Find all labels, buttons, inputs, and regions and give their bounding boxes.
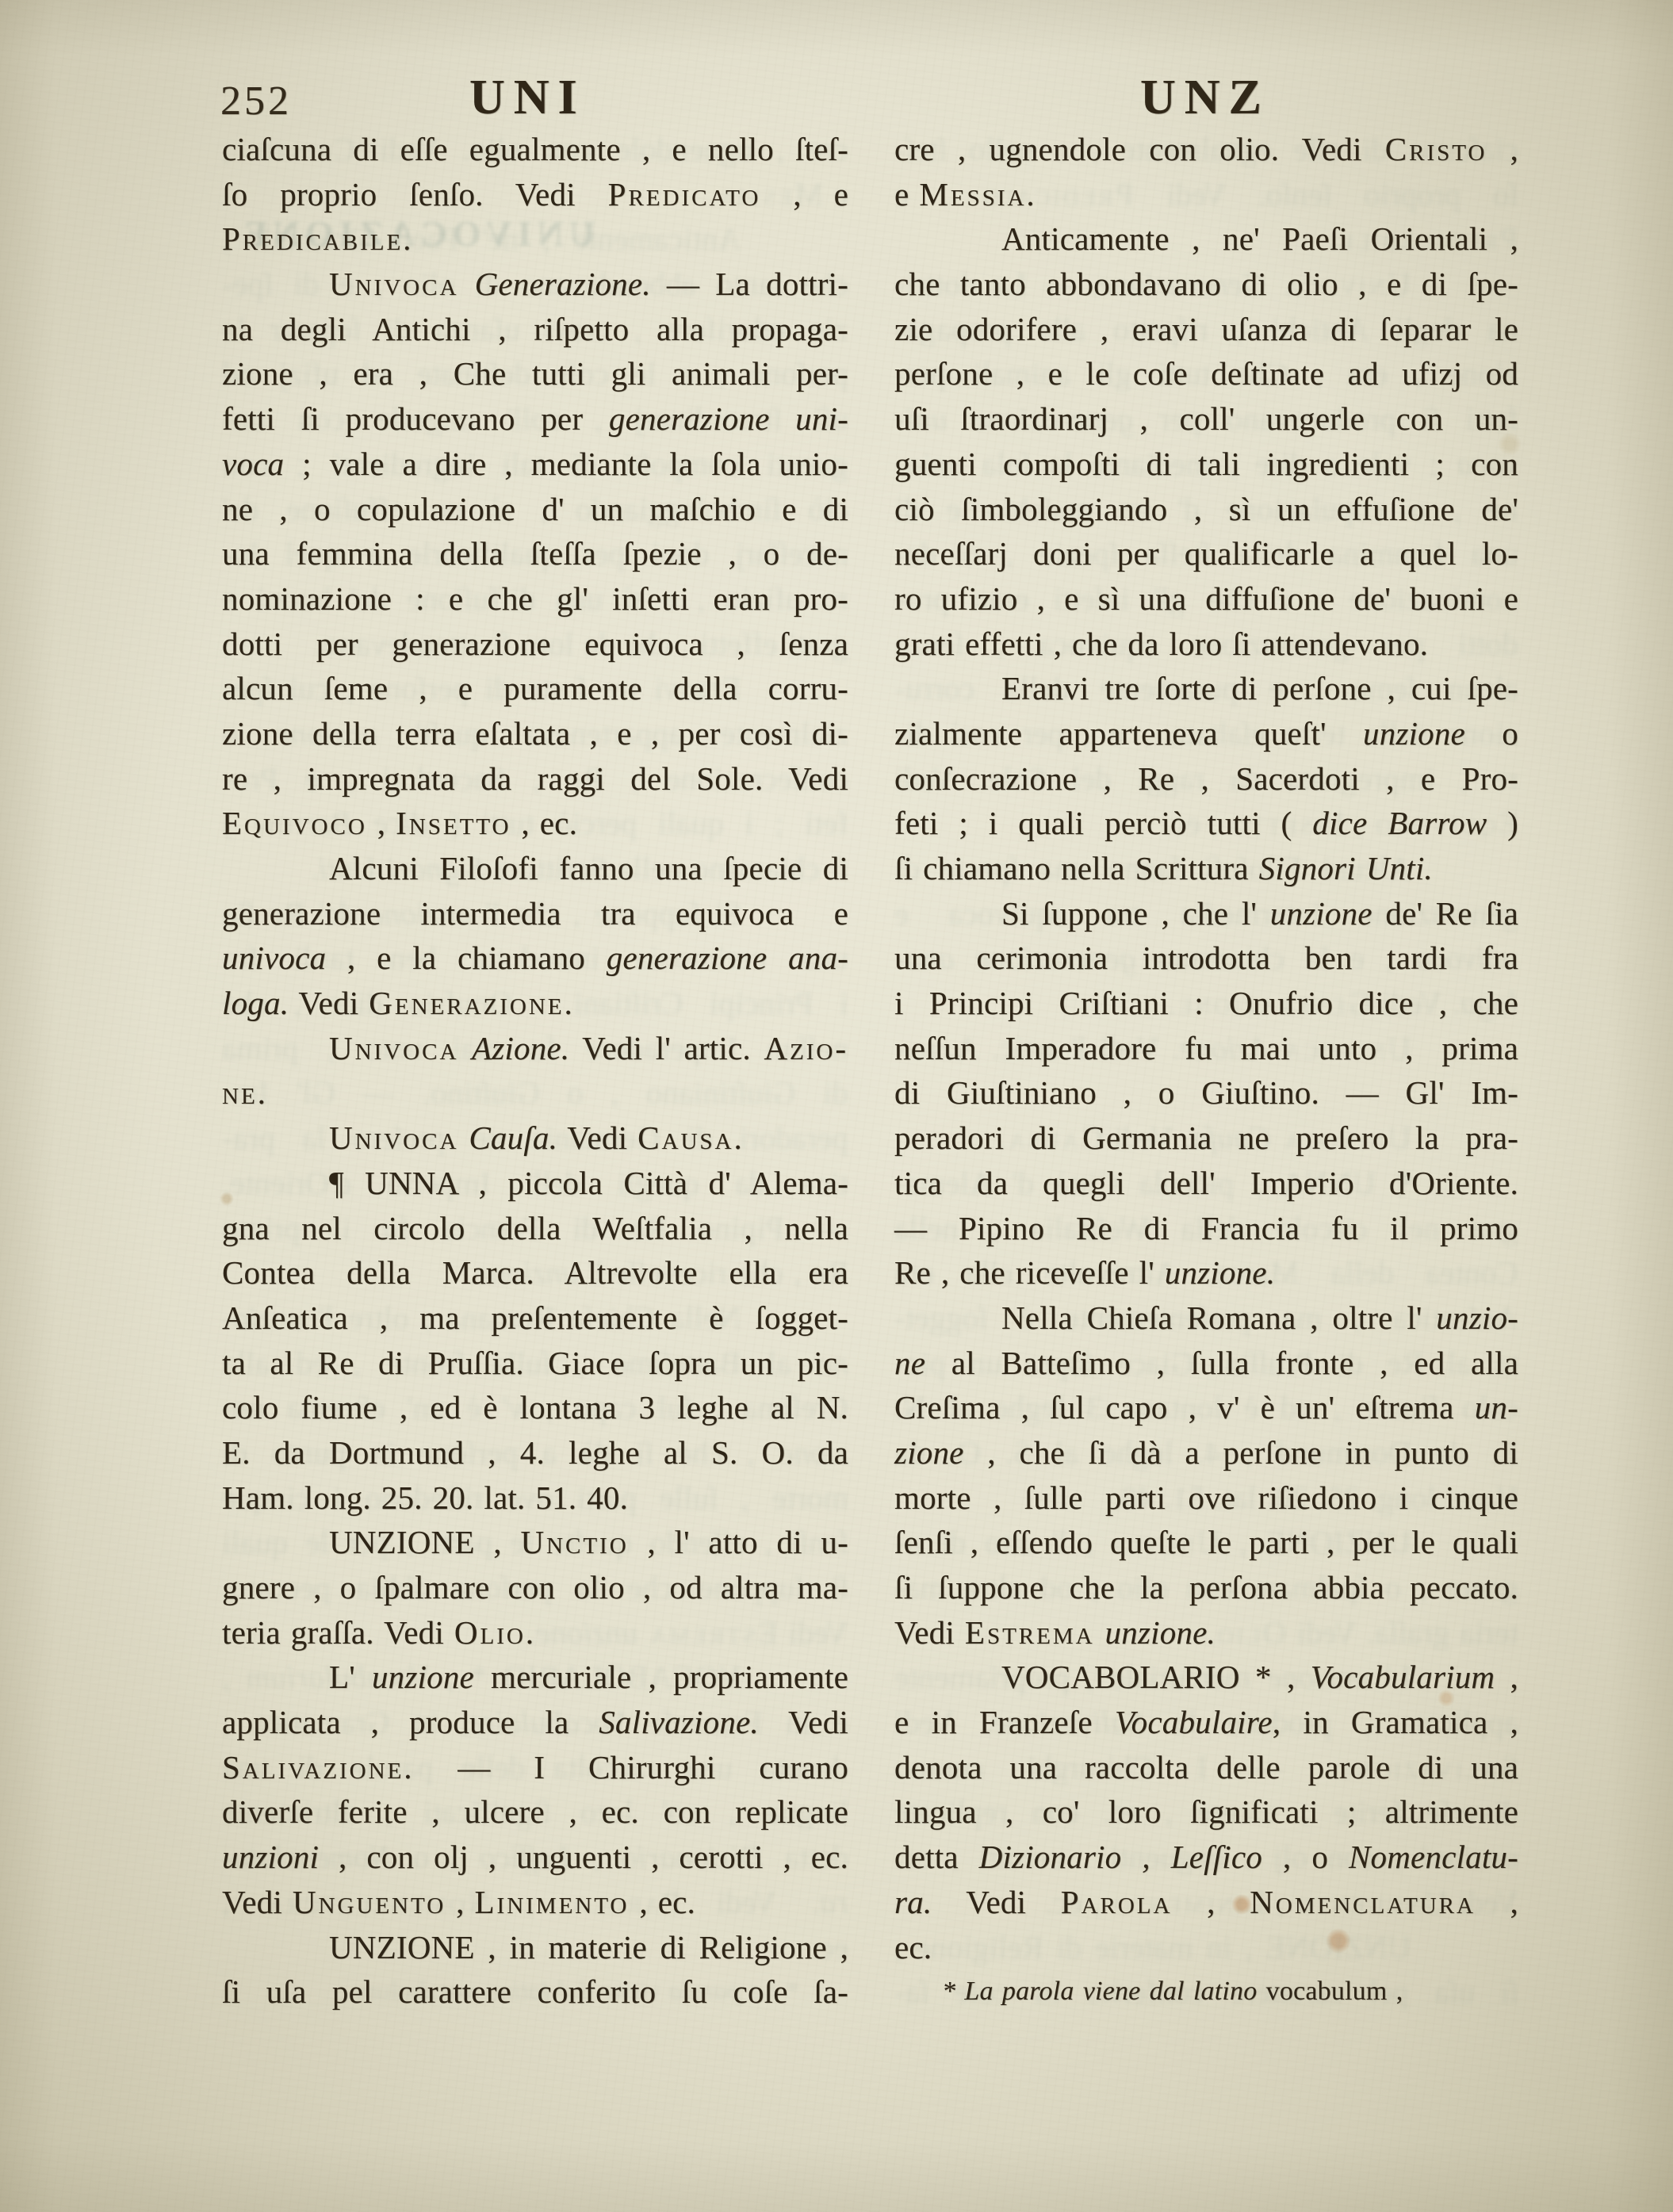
text-segment: e [894,176,919,212]
left-text-column: ciaſcuna di eſſe egualmente , e nello ſt… [222,127,848,2015]
text-line: lingua , co' loro ſignificati ; altrimen… [894,1789,1518,1835]
text-line: Salivazione. — I Chirurghi curano [222,1745,848,1790]
text-line: univoca , e la chiamano generazione ana- [222,936,848,981]
text-segment: zione , era , Che tutti gli animali per- [222,355,848,392]
text-line: na degli Antichi , riſpetto alla propaga… [222,307,848,352]
smallcaps-text-segment: Causa. [637,1119,745,1156]
text-line: morte , ſulle parti ove riſiedono i cinq… [894,1475,1518,1521]
text-segment: UNZIONE , [329,1524,520,1560]
text-segment: Re , che riceveſſe l' [894,1254,1165,1291]
text-segment: , [1495,1659,1518,1695]
text-line: VOCABOLARIO * , Vocabularium , [894,1655,1518,1700]
text-segment: neſſun Imperadore fu mai unto , prima [894,1030,1518,1066]
text-line: e in Franzeſe Vocabulaire, in Gramatica … [894,1700,1518,1745]
text-segment: cre , ugnendole con olio. Vedi [894,131,1385,167]
text-segment: Vedi [894,1614,965,1651]
italic-text-segment: Cauſa. [469,1119,557,1156]
text-line: ne. [222,1070,848,1116]
smallcaps-text-segment: Linimento [475,1884,630,1920]
text-line: ro ufizio , e sì una diffuſione de' buon… [894,576,1518,622]
italic-text-segment: unzione. [1165,1254,1275,1291]
text-segment: vocabulum , [1266,1977,1403,2006]
smallcaps-text-segment: ne. [222,1074,268,1111]
text-segment: ciaſcuna di eſſe egualmente , e nello ſt… [222,131,848,167]
italic-text-segment: Vocabulaire [1115,1704,1273,1740]
text-segment: , e [760,176,848,212]
text-segment: , ec. [629,1884,695,1920]
text-segment: VOCABOLARIO * , [1001,1659,1311,1695]
text-line: applicata , produce la Salivazione. Vedi [222,1700,848,1745]
italic-text-segment: * La parola viene dal latino [942,1977,1266,2006]
text-segment: che tanto abbondavano di olio , e di ſpe… [894,266,1518,302]
text-segment: zialmente apparteneva queſt' [894,715,1363,752]
text-segment: zione della terra eſaltata , e , per cos… [222,715,848,752]
text-line: gnere , o ſpalmare con olio , od altra m… [222,1565,848,1610]
text-segment: Eranvi tre ſorte di perſone , cui ſpe- [1001,670,1518,706]
text-segment: colo fiume , ed è lontana 3 leghe al N. [222,1389,848,1426]
italic-text-segment: unzione. [1105,1614,1216,1651]
text-segment: na degli Antichi , riſpetto alla propaga… [222,311,848,347]
text-line: ec. [894,1925,1518,1970]
text-line: ſo proprio ſenſo. Vedi Predicato , e [222,172,848,217]
text-segment: uſi ſtraordinarj , coll' ungerle con un- [894,400,1518,437]
text-line: zie odorifere , eravi uſanza di ſeparar … [894,307,1518,352]
text-line: ſi ſuppone che la perſona abbia peccato. [894,1565,1518,1610]
text-segment: ta al Re di Pruſſia. Giace ſopra un pic- [222,1345,848,1381]
text-segment: alcun ſeme , e puramente della corru- [222,670,848,706]
text-line: tica da quegli dell' Imperio d'Oriente. [894,1161,1518,1206]
text-line: teria graſſa. Vedi Olio. [222,1610,848,1655]
text-segment: ro ufizio , e sì una diffuſione de' buon… [894,580,1518,617]
text-segment: ¶ UNNA , piccola Città d' Alema- [329,1165,848,1201]
text-segment: e in Franzeſe [894,1704,1115,1740]
smallcaps-text-segment: Unctio [520,1524,628,1560]
text-line: neſſun Imperadore fu mai unto , prima [894,1026,1518,1071]
text-segment: mercuriale , propriamente [474,1659,848,1695]
text-segment [458,1030,472,1066]
smallcaps-text-segment: Parola [1061,1884,1173,1920]
text-line: uſi ſtraordinarj , coll' ungerle con un- [894,396,1518,442]
running-head-right: UNZ [1140,70,1270,126]
text-line: nominazione : e che gl' inſetti eran pro… [222,576,848,622]
text-segment: , [1476,1884,1518,1920]
text-segment: , ec. [511,805,577,841]
text-segment: una femmina della ſteſſa ſpezie , o de- [222,535,848,572]
text-segment: peradori di Germania ne preſero la pra- [894,1119,1518,1156]
text-line: peradori di Germania ne preſero la pra- [894,1116,1518,1161]
text-line: diverſe ferite , ulcere , ec. con replic… [222,1789,848,1835]
text-segment: una cerimonia introdotta ben tardi fra [894,940,1518,976]
text-line: zione , che ſi dà a perſone in punto di [894,1430,1518,1475]
text-line: ne al Batteſimo , ſulla fronte , ed alla [894,1341,1518,1386]
text-segment: fetti ſi producevano per [222,400,609,437]
text-line: voca ; vale a dire , mediante la ſola un… [222,442,848,487]
italic-text-segment: unzioni [222,1839,319,1875]
italic-text-segment: loga. [222,985,289,1021]
text-segment [1095,1614,1105,1651]
text-segment: i Principi Criſtiani : Onufrio dice , ch… [894,985,1518,1021]
text-line: conſecrazione , Re , Sacerdoti , e Pro- [894,756,1518,802]
italic-text-segment: Dizionario , Leſſico [979,1839,1262,1875]
text-segment: ) [1487,805,1518,841]
text-line: E. da Dortmund , 4. leghe al S. O. da [222,1430,848,1475]
italic-text-segment: univoca [222,940,326,976]
text-line: Univoca Generazione. — La dottri- [222,262,848,307]
text-segment: perſone , e le coſe deſtinate ad ufizj o… [894,355,1518,392]
italic-text-segment: generazione ana- [607,940,848,976]
text-segment: Alcuni Filoſofi fanno una ſpecie di [329,850,848,886]
text-segment: generazione intermedia tra equivoca e [222,895,848,932]
text-segment: conſecrazione , Re , Sacerdoti , e Pro- [894,760,1518,797]
smallcaps-text-segment: Predicabile. [222,220,413,257]
italic-text-segment: dice Barrow [1312,805,1487,841]
italic-text-segment: Signori Unti. [1259,850,1433,886]
text-segment: Nella Chieſa Romana , oltre l' [1001,1299,1436,1336]
text-segment: Vedi l' artic. [569,1030,764,1066]
text-line: cre , ugnendole con olio. Vedi Cristo , [894,127,1518,172]
text-segment: feti ; i quali perciò tutti ( [894,805,1312,841]
text-segment: ſo proprio ſenſo. Vedi [222,176,608,212]
text-segment: UNZIONE , in materie di Religione , [329,1929,848,1965]
text-segment: re , impregnata da raggi del Sole. Vedi [222,760,848,797]
text-segment: grati effetti , che da loro ſi attendeva… [894,626,1428,662]
smallcaps-text-segment: Azio- [764,1030,848,1066]
text-segment: — Pipino Re di Francia fu il primo [894,1210,1518,1246]
italic-text-segment: unzio- [1436,1299,1518,1336]
text-line: ra. Vedi Parola , Nomenclatura , [894,1880,1518,1925]
text-line: Creſima , ſul capo , v' è un' eſtrema un… [894,1385,1518,1430]
text-line: re , impregnata da raggi del Sole. Vedi [222,756,848,802]
text-segment: applicata , produce la [222,1704,599,1740]
text-segment: neceſſarj doni per qualificarle a quel l… [894,535,1518,572]
text-segment: ſi uſa pel carattere conferito ſu coſe ſ… [222,1973,848,2010]
italic-text-segment: ra. [894,1884,932,1920]
text-line: ciaſcuna di eſſe egualmente , e nello ſt… [222,127,848,172]
text-segment: , [1172,1884,1250,1920]
text-line: Vedi Unguento , Linimento , ec. [222,1880,848,1925]
text-line: zione della terra eſaltata , e , per cos… [222,711,848,756]
italic-text-segment: unzione [372,1659,474,1695]
text-segment: al Batteſimo , ſulla fronte , ed alla [925,1345,1518,1381]
text-line: unzioni , con olj , unguenti , cerotti ,… [222,1835,848,1880]
italic-text-segment: Vocabularium [1311,1659,1495,1695]
page-number: 252 [220,78,292,124]
text-line: Alcuni Filoſofi fanno una ſpecie di [222,846,848,891]
text-line: Si ſuppone , che l' unzione de' Re ſia [894,891,1518,936]
text-segment: , [1487,131,1518,167]
smallcaps-text-segment: Generazione. [369,985,575,1021]
text-line: guenti compoſti di tali ingredienti ; co… [894,442,1518,487]
text-segment [458,1119,469,1156]
text-segment: morte , ſulle parti ove riſiedono i cinq… [894,1479,1518,1516]
text-line: grati effetti , che da loro ſi attendeva… [894,622,1518,667]
smallcaps-text-segment: Unguento [293,1884,446,1920]
text-line: ſi chiamano nella Scrittura Signori Unti… [894,846,1518,891]
text-line: loga. Vedi Generazione. [222,981,848,1026]
text-line: ta al Re di Pruſſia. Giace ſopra un pic- [222,1341,848,1386]
footnote-line: * La parola viene dal latino vocabulum , [894,1969,1518,2015]
smallcaps-text-segment: Predicato [608,176,761,212]
smallcaps-text-segment: Univoca [329,1119,458,1156]
text-segment: , o [1262,1839,1349,1875]
text-segment: ſi chiamano nella Scrittura [894,850,1259,886]
italic-text-segment: Generazione. [475,266,651,302]
text-segment: Vedi [222,1884,293,1920]
text-line: zione , era , Che tutti gli animali per- [222,351,848,396]
text-line: — Pipino Re di Francia fu il primo [894,1206,1518,1251]
text-line: Vedi Estrema unzione. [894,1610,1518,1655]
text-segment: , in Gramatica , [1273,1704,1518,1740]
text-segment: Contea della Marca. Altrevolte ella era [222,1254,848,1291]
text-line: Eranvi tre ſorte di perſone , cui ſpe- [894,666,1518,711]
text-line: denota una raccolta delle parole di una [894,1745,1518,1790]
text-line: di Giuſtiniano , o Giuſtino. — Gl' Im- [894,1070,1518,1116]
smallcaps-text-segment: Nomenclatura [1250,1884,1476,1920]
text-segment: lingua , co' loro ſignificati ; altrimen… [894,1793,1518,1830]
text-segment: nominazione : e che gl' inſetti eran pro… [222,580,848,617]
text-segment: Vedi [759,1704,848,1740]
text-segment: Anſeatica , ma preſentemente è ſogget- [222,1299,848,1336]
text-segment: Si ſuppone , che l' [1001,895,1270,932]
text-line: ciò ſimboleggiando , sì un effuſione de' [894,487,1518,532]
text-line: Re , che riceveſſe l' unzione. [894,1250,1518,1295]
text-segment: , l' atto di u- [629,1524,848,1560]
italic-text-segment: Azione. [472,1030,569,1066]
text-line: fetti ſi producevano per generazione uni… [222,396,848,442]
text-line: Predicabile. [222,216,848,262]
italic-text-segment: voca [222,446,284,482]
text-line: neceſſarj doni per qualificarle a quel l… [894,531,1518,576]
text-segment: , [367,805,396,841]
text-line: gna nel circolo della Weſtfalia , nella [222,1206,848,1251]
text-line: feti ; i quali perciò tutti ( dice Barro… [894,801,1518,846]
text-line: Contea della Marca. Altrevolte ella era [222,1250,848,1295]
text-line: una femmina della ſteſſa ſpezie , o de- [222,531,848,576]
text-line: ſenſi , eſſendo queſte le parti , per le… [894,1520,1518,1565]
smallcaps-text-segment: Insetto [396,805,511,841]
text-line: alcun ſeme , e puramente della corru- [222,666,848,711]
text-line: dotti per generazione equivoca , ſenza [222,622,848,667]
smallcaps-text-segment: Estrema [965,1614,1095,1651]
text-segment: tica da quegli dell' Imperio d'Oriente. [894,1165,1518,1201]
text-line: generazione intermedia tra equivoca e [222,891,848,936]
smallcaps-text-segment: Messia. [919,176,1036,212]
text-segment: diverſe ferite , ulcere , ec. con replic… [222,1793,848,1830]
text-line: ſi uſa pel carattere conferito ſu coſe ſ… [222,1969,848,2015]
text-segment: Vedi [557,1119,637,1156]
text-segment: , con olj , unguenti , cerotti , ec. [319,1839,848,1875]
text-line: colo fiume , ed è lontana 3 leghe al N. [222,1385,848,1430]
text-line: ne , o copulazione d' un maſchio e di [222,487,848,532]
text-segment: Anticamente , ne' Paeſi Orientali , [1001,220,1518,257]
text-line: Ham. long. 25. 20. lat. 51. 40. [222,1475,848,1521]
text-line: che tanto abbondavano di olio , e di ſpe… [894,262,1518,307]
smallcaps-text-segment: Salivazione. [222,1749,415,1785]
text-segment: Vedi [932,1884,1060,1920]
text-segment: ciò ſimboleggiando , sì un effuſione de' [894,491,1518,527]
text-line: Nella Chieſa Romana , oltre l' unzio- [894,1295,1518,1341]
text-segment: , [446,1884,474,1920]
text-line: Univoca Azione. Vedi l' artic. Azio- [222,1026,848,1071]
italic-text-segment: ne [894,1345,925,1381]
text-segment: — I Chirurghi curano [415,1749,849,1785]
text-segment: ne , o copulazione d' un maſchio e di [222,491,848,527]
text-line: zialmente apparteneva queſt' unzione o [894,711,1518,756]
text-segment: Creſima , ſul capo , v' è un' eſtrema [894,1389,1475,1426]
text-segment: Ham. long. 25. 20. lat. 51. 40. [222,1479,628,1516]
smallcaps-text-segment: Cristo [1385,131,1487,167]
text-line: e Messia. [894,172,1518,217]
text-segment: de' Re ſia [1372,895,1518,932]
smallcaps-text-segment: Univoca [329,1030,458,1066]
text-line: Equivoco , Insetto , ec. [222,801,848,846]
right-text-column: cre , ugnendole con olio. Vedi Cristo ,e… [894,127,1518,2015]
text-line: UNZIONE , in materie di Religione , [222,1925,848,1970]
text-segment: Vedi [289,985,369,1021]
italic-text-segment: Nomenclatu- [1349,1839,1518,1875]
text-line: una cerimonia introdotta ben tardi fra [894,936,1518,981]
italic-text-segment: un- [1475,1389,1518,1426]
text-line: Anſeatica , ma preſentemente è ſogget- [222,1295,848,1341]
text-segment: denota una raccolta delle parole di una [894,1749,1518,1785]
text-segment: di Giuſtiniano , o Giuſtino. — Gl' Im- [894,1074,1518,1111]
text-line: ¶ UNNA , piccola Città d' Alema- [222,1161,848,1206]
text-segment: gna nel circolo della Weſtfalia , nella [222,1210,848,1246]
text-segment: guenti compoſti di tali ingredienti ; co… [894,446,1518,482]
text-segment: ſenſi , eſſendo queſte le parti , per le… [894,1524,1518,1560]
text-segment: zie odorifere , eravi uſanza di ſeparar … [894,311,1518,347]
text-segment: E. da Dortmund , 4. leghe al S. O. da [222,1434,848,1471]
text-line: Anticamente , ne' Paeſi Orientali , [894,216,1518,262]
text-line: Univoca Cauſa. Vedi Causa. [222,1116,848,1161]
text-segment: dotti per generazione equivoca , ſenza [222,626,848,662]
text-line: L' unzione mercuriale , propriamente [222,1655,848,1700]
text-segment: detta [894,1839,979,1875]
italic-text-segment: Salivazione. [599,1704,759,1740]
italic-text-segment: unzione [1270,895,1372,932]
scanned-book-page: UNIVOCAZIONE cre , ugnendole con olio. V… [0,0,1673,2212]
text-segment [458,266,474,302]
text-segment: L' [329,1659,372,1695]
text-segment: o [1465,715,1518,752]
paper-sheet: UNIVOCAZIONE cre , ugnendole con olio. V… [0,0,1673,2212]
italic-text-segment: generazione uni- [609,400,848,437]
text-segment: ſi ſuppone che la perſona abbia peccato. [894,1569,1518,1605]
italic-text-segment: unzione [1363,715,1465,752]
text-segment: teria graſſa. Vedi [222,1614,454,1651]
text-line: detta Dizionario , Leſſico , o Nomenclat… [894,1835,1518,1880]
smallcaps-text-segment: Univoca [329,266,458,302]
text-segment: , che ſi dà a perſone in punto di [964,1434,1518,1471]
text-segment: , e la chiamano [326,940,607,976]
italic-text-segment: zione [894,1434,964,1471]
text-line: perſone , e le coſe deſtinate ad ufizj o… [894,351,1518,396]
smallcaps-text-segment: Olio. [454,1614,536,1651]
smallcaps-text-segment: Equivoco [222,805,367,841]
running-head-left: UNI [469,70,586,126]
text-line: UNZIONE , Unctio , l' atto di u- [222,1520,848,1565]
text-segment: — La dottri- [651,266,848,302]
text-segment: ; vale a dire , mediante la ſola unio- [284,446,848,482]
text-segment: ec. [894,1929,932,1965]
text-line: i Principi Criſtiani : Onufrio dice , ch… [894,981,1518,1026]
text-segment: gnere , o ſpalmare con olio , od altra m… [222,1569,848,1605]
